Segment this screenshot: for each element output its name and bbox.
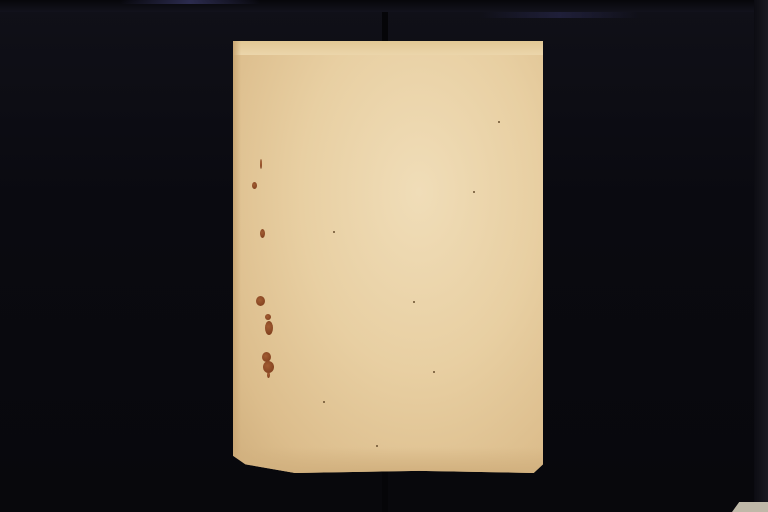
light-glare-right bbox=[480, 12, 640, 18]
speck bbox=[498, 121, 500, 123]
speck bbox=[323, 401, 325, 403]
stain bbox=[252, 182, 257, 189]
paper-left-edge bbox=[233, 41, 241, 473]
light-glare bbox=[120, 0, 260, 4]
speck bbox=[376, 445, 378, 447]
aged-paper-sheet bbox=[233, 41, 543, 473]
speck bbox=[473, 191, 475, 193]
stain bbox=[260, 159, 262, 169]
paper-top-fold bbox=[233, 41, 543, 55]
frame-right-edge bbox=[754, 0, 768, 512]
paper-bottom-wear bbox=[233, 447, 543, 473]
stain bbox=[260, 229, 265, 238]
stain bbox=[256, 296, 265, 306]
speck bbox=[433, 371, 435, 373]
stain bbox=[265, 321, 273, 335]
speck bbox=[333, 231, 335, 233]
stain bbox=[265, 314, 271, 320]
frame-top-edge bbox=[0, 0, 768, 12]
speck bbox=[413, 301, 415, 303]
stain bbox=[267, 372, 270, 378]
